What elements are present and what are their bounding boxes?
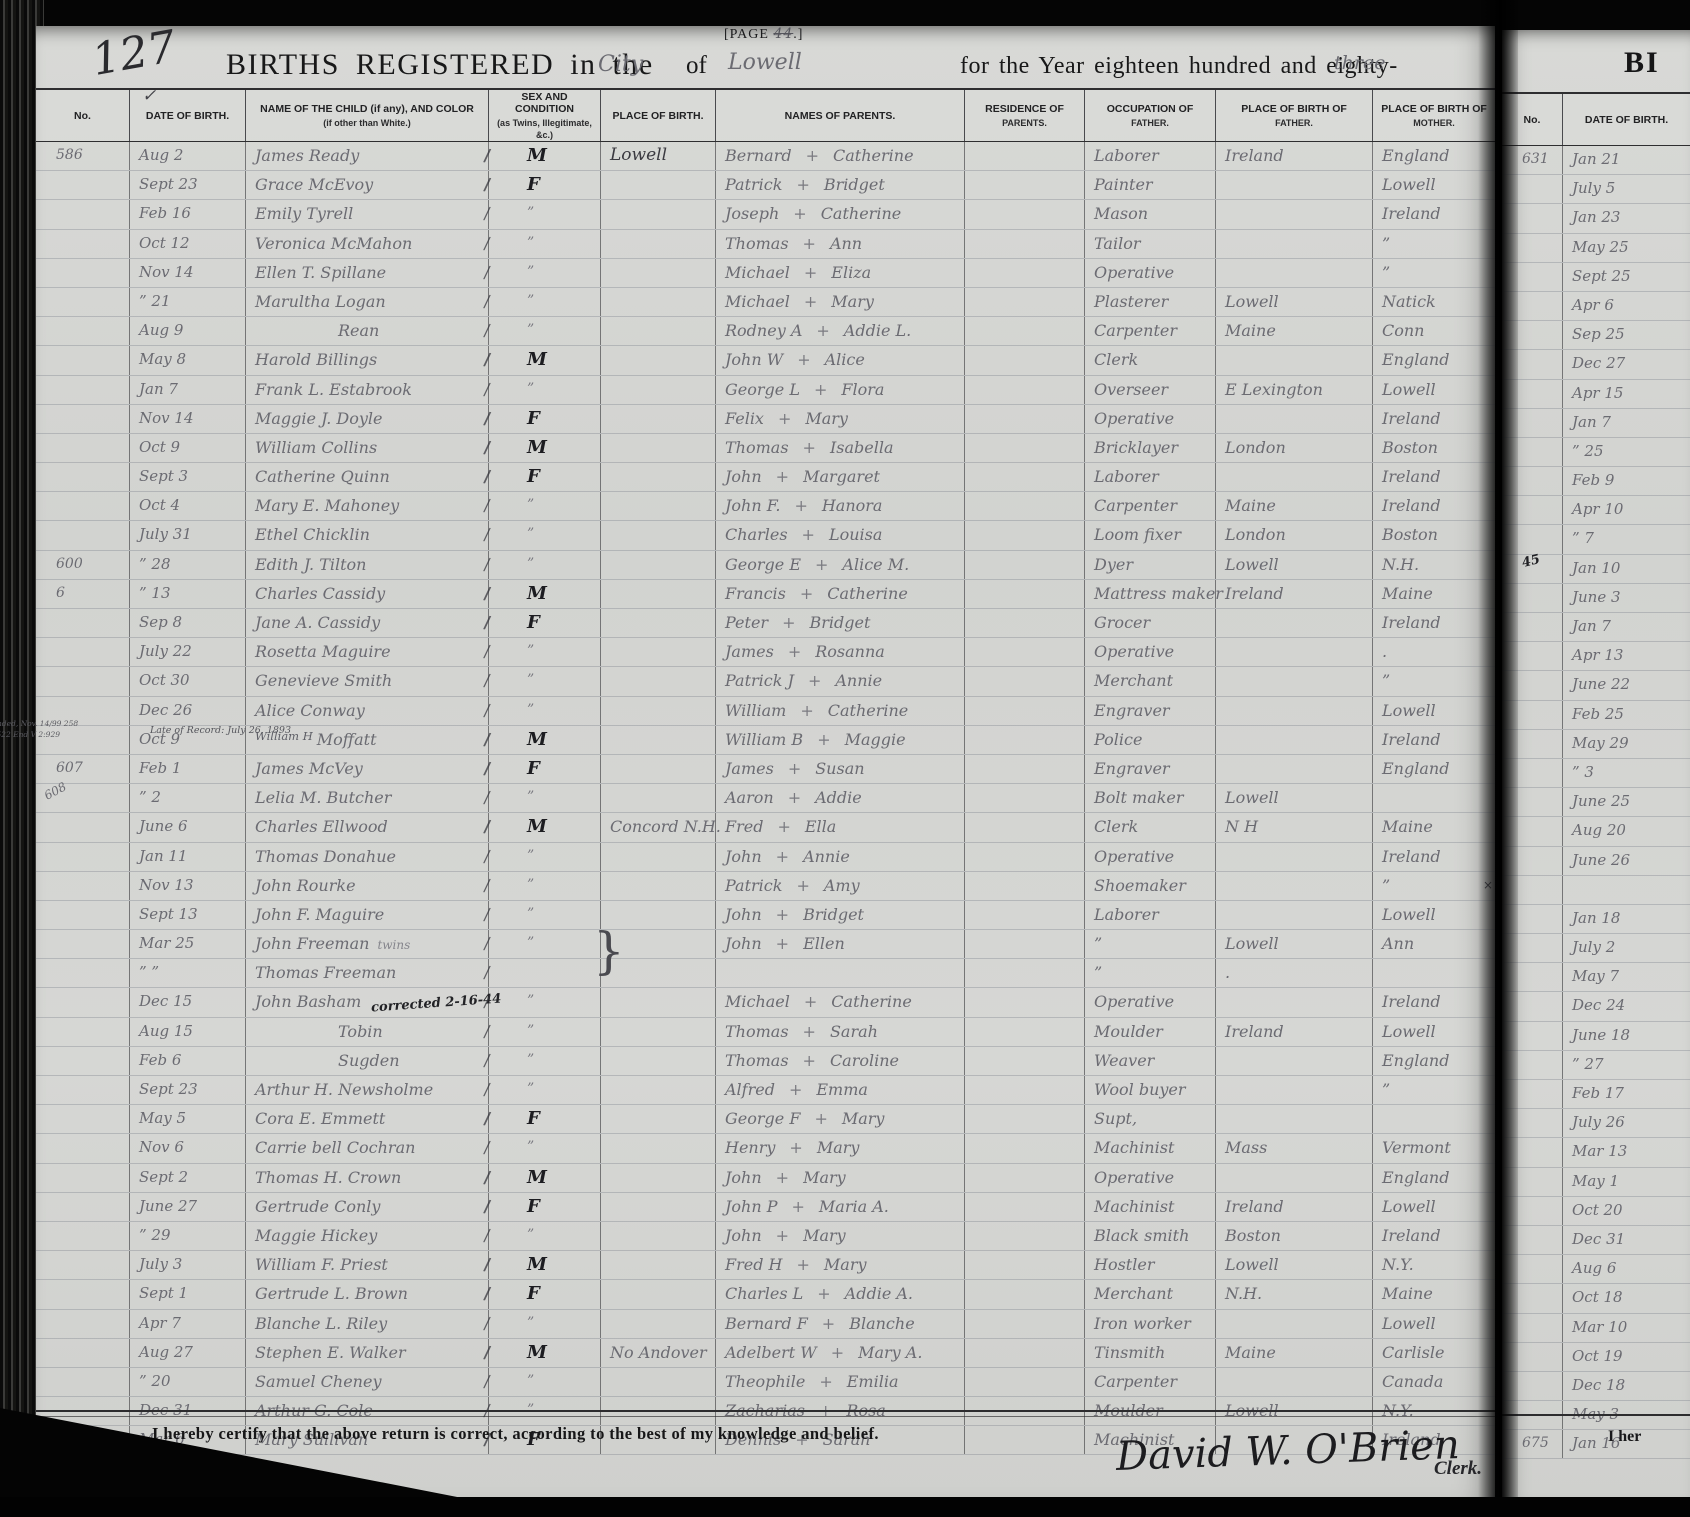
mother-birthplace: ” — [1382, 234, 1390, 253]
right-date-of-birth: Jan 18 — [1572, 909, 1620, 927]
right-table-row: May 7 — [1502, 963, 1690, 992]
cell-sex: ” — [489, 1368, 601, 1396]
right-date-of-birth: July 2 — [1572, 938, 1615, 956]
plus-sign: + — [774, 642, 815, 661]
mother-name: Emilia — [847, 1372, 899, 1391]
right-table-row: 631Jan 21 — [1502, 146, 1690, 175]
father-name: James — [725, 642, 774, 661]
cell-residence — [965, 1222, 1085, 1250]
father-birthplace: Maine — [1225, 496, 1276, 515]
cell-occ: Machinist — [1085, 1193, 1216, 1221]
cell-place — [601, 1076, 716, 1104]
sex-value: F — [527, 758, 540, 779]
plus-sign: + — [786, 584, 827, 603]
cell-occ: Operative — [1085, 259, 1216, 287]
cell-fbp — [1216, 697, 1373, 725]
cell-sex: M — [489, 580, 601, 608]
right-table-row: June 3 — [1502, 584, 1690, 613]
father-occupation: Operative — [1094, 642, 1174, 661]
cell-mbp: N.H. — [1373, 551, 1495, 579]
child-name: Cora E. Emmett — [255, 1109, 385, 1128]
father-occupation: Loom fixer — [1094, 525, 1181, 544]
cell-sex: M — [489, 1339, 601, 1367]
sex-value: F — [527, 1108, 540, 1129]
cell-fbp — [1216, 726, 1373, 754]
father-occupation: Bricklayer — [1094, 438, 1178, 457]
cell-sex: ” — [489, 317, 601, 345]
plus-sign: + — [805, 1372, 846, 1391]
father-name: Thomas — [725, 438, 789, 457]
cell-residence — [965, 1164, 1085, 1192]
child-name: Grace McEvoy — [255, 175, 373, 194]
right-date-of-birth: ” 7 — [1572, 529, 1594, 547]
page-title: BIRTHS REGISTERED in the — [226, 48, 654, 82]
cell-mbp: Ireland — [1373, 843, 1495, 871]
cell-date: Oct 4 — [130, 492, 246, 520]
child-name: Charles Cassidy — [255, 584, 385, 603]
cell-no — [36, 492, 130, 520]
cell-parents: Patrick+Bridget — [716, 171, 965, 199]
column-header-sublabel: (as Twins, Illegitimate, &c.) — [491, 117, 598, 141]
cell-sex — [489, 959, 601, 987]
child-name: Ethel Chicklin — [255, 525, 370, 544]
table-row: Jan 11Thomas Donahue”John+AnnieOperative… — [36, 843, 1495, 872]
table-row: Feb 6Sugden”Thomas+CarolineWeaverEngland — [36, 1047, 1495, 1076]
cell-date2: Jan 10 — [1563, 555, 1690, 583]
mother-birthplace: Carlisle — [1382, 1343, 1444, 1362]
column-header-occ: OCCUPATION OFFATHER. — [1085, 90, 1216, 141]
cell-parents: Michael+Catherine — [716, 988, 965, 1016]
cell-occ: Engraver — [1085, 755, 1216, 783]
sex-value: F — [527, 466, 540, 487]
cell-date2: July 26 — [1563, 1109, 1690, 1137]
father-birthplace: Ireland — [1225, 1197, 1284, 1216]
cell-place — [601, 376, 716, 404]
plus-sign: + — [790, 292, 831, 311]
mother-name: Susan — [815, 759, 864, 778]
cell-parents: John F.+Hanora — [716, 492, 965, 520]
right-date-of-birth: Mar 13 — [1572, 1142, 1627, 1160]
right-table-row: Apr 13 — [1502, 642, 1690, 671]
mother-name: Rosanna — [815, 642, 885, 661]
father-name: Thomas — [725, 1051, 789, 1070]
right-table-row: July 26 — [1502, 1109, 1690, 1138]
cell-occ: Painter — [1085, 171, 1216, 199]
date-of-birth: Aug 2 — [139, 146, 183, 164]
sex-value: ” — [527, 1052, 534, 1068]
plus-sign: + — [803, 1284, 844, 1303]
cell-date: Sep 8 — [130, 609, 246, 637]
mother-birthplace: Ireland — [1382, 730, 1441, 749]
margin-note: See 522 End V 2:929 — [0, 731, 60, 739]
right-table-row: Sept 25 — [1502, 263, 1690, 292]
register-book-scan: 127 ✓ [PAGE 44.] BIRTHS REGISTERED in th… — [0, 0, 1690, 1517]
cell-mbp: Lowell — [1373, 901, 1495, 929]
date-of-birth: Jan 11 — [139, 847, 187, 865]
father-name: John P — [725, 1197, 778, 1216]
sex-value: M — [527, 729, 547, 750]
cell-fbp — [1216, 463, 1373, 491]
table-row: Sept 2Thomas H. CrownMJohn+MaryOperative… — [36, 1164, 1495, 1193]
cell-residence — [965, 872, 1085, 900]
cell-place — [601, 1047, 716, 1075]
cell-no — [36, 288, 130, 316]
father-birthplace: . — [1225, 963, 1230, 982]
mother-birthplace: Vermont — [1382, 1138, 1451, 1157]
cell-place: Concord N.H. — [601, 813, 716, 841]
mother-name: Margaret — [803, 467, 880, 486]
column-header-label: PLACE OF BIRTH. — [613, 110, 704, 122]
sex-value: ” — [527, 702, 534, 718]
child-name: Stephen E. Walker — [255, 1343, 406, 1362]
table-row: Oct 12Veronica McMahon”Thomas+AnnTailor” — [36, 230, 1495, 259]
cell-fbp — [1216, 901, 1373, 929]
cell-fbp — [1216, 1310, 1373, 1338]
father-occupation: Bolt maker — [1094, 788, 1184, 807]
cell-fbp: London — [1216, 521, 1373, 549]
cell-sex: ” — [489, 288, 601, 316]
cell-parents: John+Margaret — [716, 463, 965, 491]
column-header-name: NAME OF THE CHILD (if any), AND COLOR(if… — [246, 90, 489, 141]
sex-value: ” — [527, 1081, 534, 1097]
child-name: Maggie Hickey — [255, 1226, 377, 1245]
date-of-birth: June 6 — [139, 817, 188, 835]
mother-name: Catherine — [831, 992, 912, 1011]
father-birthplace: Ireland — [1225, 146, 1284, 165]
cell-date: June 6 — [130, 813, 246, 841]
father-occupation: ” — [1094, 934, 1102, 953]
cell-name: Lelia M. Butcher — [246, 784, 489, 812]
father-name: George E — [725, 555, 801, 574]
cell-mbp: Ann — [1373, 930, 1495, 958]
right-table-row: May 1 — [1502, 1168, 1690, 1197]
child-name: Thomas Donahue — [255, 847, 396, 866]
cell-date2: June 25 — [1563, 788, 1690, 816]
cell-parents: Peter+Bridget — [716, 609, 965, 637]
sex-value: ” — [527, 1315, 534, 1331]
plus-sign: + — [782, 175, 823, 194]
cell-place — [601, 259, 716, 287]
cell-date: Feb 1 — [130, 755, 246, 783]
cell-residence — [965, 405, 1085, 433]
date-of-birth: ” 21 — [139, 292, 171, 310]
cell-no — [36, 930, 130, 958]
right-table-row: Dec 18 — [1502, 1372, 1690, 1401]
date-of-birth: ” 20 — [139, 1372, 171, 1390]
right-table-row: June 18 — [1502, 1022, 1690, 1051]
book-bottom-edge — [0, 1497, 1690, 1517]
cell-occ: Plasterer — [1085, 288, 1216, 316]
date-of-birth: Mar 25 — [139, 934, 194, 952]
father-name: Alfred — [725, 1080, 775, 1099]
mother-name: Alice — [825, 350, 865, 369]
right-date-of-birth: Oct 19 — [1572, 1347, 1623, 1365]
plus-sign: + — [775, 1080, 816, 1099]
cell-fbp — [1216, 755, 1373, 783]
right-table-row: Oct 18 — [1502, 1284, 1690, 1313]
mother-birthplace: England — [1382, 350, 1449, 369]
cell-date: July 3 — [130, 1251, 246, 1279]
cell-occ: Merchant — [1085, 1280, 1216, 1308]
cell-no — [36, 901, 130, 929]
place-of-birth: No Andover — [610, 1343, 707, 1362]
date-of-birth: Oct 12 — [139, 234, 190, 252]
cell-no — [36, 1076, 130, 1104]
cell-name: Charles Ellwood — [246, 813, 489, 841]
child-name: Gertrude L. Brown — [255, 1284, 408, 1303]
father-name: Fred H — [725, 1255, 783, 1274]
cell-date2: Jan 7 — [1563, 613, 1690, 641]
sex-value: ” — [527, 381, 534, 397]
cell-parents: John+Mary — [716, 1222, 965, 1250]
cell-parents: Rodney A+Addie L. — [716, 317, 965, 345]
cell-fbp: Ireland — [1216, 1018, 1373, 1046]
printed-page-label: [PAGE 44.] — [724, 26, 803, 43]
table-bottom-rule — [36, 1410, 1495, 1412]
cell-no — [36, 1134, 130, 1162]
cell-residence — [965, 1339, 1085, 1367]
right-date-of-birth: Apr 13 — [1572, 646, 1623, 664]
sex-value: ” — [527, 322, 534, 338]
cell-date: Jan 7 — [130, 376, 246, 404]
cell-place — [601, 317, 716, 345]
father-occupation: Machinist — [1094, 1197, 1174, 1216]
father-name: Aaron — [725, 788, 774, 807]
cell-fbp: Lowell — [1216, 288, 1373, 316]
father-name: Theophile — [725, 1372, 805, 1391]
father-occupation: Plasterer — [1094, 292, 1168, 311]
table-row: June 27Gertrude ConlyFJohn P+Maria A.Mac… — [36, 1193, 1495, 1222]
column-header-label: NAMES OF PARENTS. — [785, 110, 896, 122]
cell-mbp: Ireland — [1373, 405, 1495, 433]
cell-fbp — [1216, 171, 1373, 199]
mother-name: Mary — [803, 1168, 846, 1187]
father-occupation: Laborer — [1094, 146, 1159, 165]
column-header-parents: NAMES OF PARENTS. — [716, 90, 965, 141]
right-date-of-birth: Feb 9 — [1572, 471, 1614, 489]
mother-name: Emma — [816, 1080, 868, 1099]
cell-sex: ” — [489, 521, 601, 549]
child-name: Arthur H. Newsholme — [255, 1080, 433, 1099]
table-row: Sept 1Gertrude L. BrownFCharles L+Addie … — [36, 1280, 1495, 1309]
cell-date: Oct 9 — [130, 434, 246, 462]
child-name: Lelia M. Butcher — [255, 788, 391, 807]
right-table-row: ” 27 — [1502, 1051, 1690, 1080]
right-table-row: Feb 25 — [1502, 701, 1690, 730]
cell-date2: June 18 — [1563, 1022, 1690, 1050]
cell-name: John Rourke — [246, 872, 489, 900]
title-city-handwritten: City — [598, 52, 643, 77]
cell-fbp: Ireland — [1216, 580, 1373, 608]
plus-sign: + — [792, 146, 833, 165]
father-name: William — [725, 701, 786, 720]
cell-no — [36, 1368, 130, 1396]
cell-parents: Henry+Mary — [716, 1134, 965, 1162]
sex-value: ” — [527, 235, 534, 251]
cell-mbp: Lowell — [1373, 171, 1495, 199]
column-header-label: No. — [1524, 114, 1541, 126]
father-occupation: Machinist — [1094, 1138, 1174, 1157]
right-date-of-birth: Sep 25 — [1572, 325, 1625, 343]
father-occupation: Supt, — [1094, 1109, 1137, 1128]
cell-parents: John W+Alice — [716, 346, 965, 374]
child-name: Gertrude Conly — [255, 1197, 380, 1216]
cell-occ: Tailor — [1085, 230, 1216, 258]
mother-name: Caroline — [830, 1051, 899, 1070]
cell-no: 600 — [36, 551, 130, 579]
date-of-birth: Nov 14 — [139, 263, 194, 281]
mother-birthplace: N.Y. — [1382, 1255, 1414, 1274]
column-header-label: DATE OF BIRTH. — [1585, 114, 1668, 126]
mother-birthplace: Lowell — [1382, 1022, 1436, 1041]
date-of-birth: Feb 6 — [139, 1051, 181, 1069]
child-name: William Collins — [255, 438, 377, 457]
right-table-row: 675Jan 16 — [1502, 1430, 1690, 1459]
mother-name: Annie — [835, 671, 882, 690]
sex-value: ” — [527, 993, 534, 1009]
plus-sign: + — [762, 847, 803, 866]
cell-residence — [965, 492, 1085, 520]
cell-no — [36, 200, 130, 228]
father-occupation: Laborer — [1094, 905, 1159, 924]
cell-sex: ” — [489, 843, 601, 871]
cell-place — [601, 434, 716, 462]
plus-sign: + — [779, 204, 820, 223]
table-row: ” 29Maggie Hickey”John+MaryBlack smithBo… — [36, 1222, 1495, 1251]
sex-value: M — [527, 1167, 547, 1188]
cell-place: } — [601, 930, 716, 958]
cell-sex: F — [489, 755, 601, 783]
cell-date2: June 22 — [1563, 671, 1690, 699]
book-gutter-shadow — [1478, 0, 1518, 1517]
mother-birthplace: Ann — [1382, 934, 1414, 953]
title-town-handwritten: Lowell — [728, 50, 802, 75]
cell-no — [36, 843, 130, 871]
column-header-sublabel: PARENTS. — [1002, 117, 1047, 129]
cell-no — [36, 1310, 130, 1338]
child-name: John F. Maguire — [255, 905, 384, 924]
table-bottom-rule-thin — [36, 1416, 1495, 1417]
plus-sign: + — [762, 1226, 803, 1245]
cell-name: Frank L. Estabrook — [246, 376, 489, 404]
cell-no — [36, 1193, 130, 1221]
cell-residence — [965, 988, 1085, 1016]
cell-fbp — [1216, 1164, 1373, 1192]
father-birthplace: Lowell — [1225, 555, 1279, 574]
mother-name: Ellen — [803, 934, 845, 953]
cell-residence — [965, 259, 1085, 287]
right-table-row: Mar 10 — [1502, 1314, 1690, 1343]
cell-date: Sept 23 — [130, 171, 246, 199]
date-of-birth: Oct 9 — [139, 438, 180, 456]
cell-place: Lowell — [601, 142, 716, 170]
right-table-row: Apr 15 — [1502, 380, 1690, 409]
cell-occ: Loom fixer — [1085, 521, 1216, 549]
cell-date2: Jan 23 — [1563, 204, 1690, 232]
right-date-of-birth: Dec 31 — [1572, 1230, 1625, 1248]
cell-date2: ” 3 — [1563, 759, 1690, 787]
right-date-of-birth: Mar 10 — [1572, 1318, 1627, 1336]
right-table-row: Oct 20 — [1502, 1197, 1690, 1226]
date-of-birth: ” 13 — [139, 584, 171, 602]
cell-occ: Operative — [1085, 405, 1216, 433]
plus-sign: + — [789, 1051, 830, 1070]
cell-sex: ” — [489, 988, 601, 1016]
child-name: Frank L. Estabrook — [255, 380, 412, 399]
right-date-of-birth: June 25 — [1572, 792, 1630, 810]
cell-residence — [965, 1426, 1085, 1454]
cell-sex: ” — [489, 901, 601, 929]
cell-sex: M — [489, 1251, 601, 1279]
cell-no: Amended, Nov. 14/99 258See 522 End V 2:9… — [36, 726, 130, 754]
cell-name: Rosetta Maguire — [246, 638, 489, 666]
cell-name: Gertrude L. Brown — [246, 1280, 489, 1308]
cell-no — [36, 230, 130, 258]
mother-birthplace: Lowell — [1382, 905, 1436, 924]
cell-name: Emily Tyrell — [246, 200, 489, 228]
column-header-sublabel: (if other than White.) — [323, 117, 411, 129]
date-of-birth: Sept 13 — [139, 905, 198, 923]
cell-name: Rean — [246, 317, 489, 345]
cell-parents — [716, 959, 965, 987]
plus-sign: + — [762, 467, 803, 486]
right-table-row: May 29 — [1502, 730, 1690, 759]
plus-sign: + — [790, 992, 831, 1011]
cell-no — [36, 1222, 130, 1250]
column-header-fbp: PLACE OF BIRTH OFFATHER. — [1216, 90, 1373, 141]
cell-fbp: Lowell — [1216, 551, 1373, 579]
cell-date2: June 3 — [1563, 584, 1690, 612]
cell-name: Ellen T. Spillane — [246, 259, 489, 287]
cell-date: May 8 — [130, 346, 246, 374]
sex-value: F — [527, 1283, 540, 1304]
table-row: 608” 2Lelia M. Butcher”Aaron+AddieBolt m… — [36, 784, 1495, 813]
cell-fbp: Ireland — [1216, 142, 1373, 170]
cell-parents: John+Ellen — [716, 930, 965, 958]
mother-birthplace: Ireland — [1382, 409, 1441, 428]
cell-parents: Fred+Ella — [716, 813, 965, 841]
cell-place — [601, 1310, 716, 1338]
right-date-of-birth: Dec 27 — [1572, 354, 1625, 372]
cell-date2: Mar 13 — [1563, 1138, 1690, 1166]
plus-sign: + — [774, 759, 815, 778]
plus-sign: + — [794, 671, 835, 690]
right-date-of-birth: May 29 — [1572, 734, 1629, 752]
cell-residence — [965, 317, 1085, 345]
father-birthplace: Boston — [1225, 1226, 1281, 1245]
cell-date: Aug 15 — [130, 1018, 246, 1046]
cell-place — [601, 1018, 716, 1046]
father-occupation: Grocer — [1094, 613, 1150, 632]
cell-residence — [965, 726, 1085, 754]
cell-name: Carrie bell Cochran — [246, 1134, 489, 1162]
cell-mbp: Ireland — [1373, 1222, 1495, 1250]
cell-date2: Jan 21 — [1563, 146, 1690, 174]
right-date-of-birth: Apr 6 — [1572, 296, 1614, 314]
cell-no — [36, 1251, 130, 1279]
right-table-row: July 2 — [1502, 934, 1690, 963]
cell-parents: George E+Alice M. — [716, 551, 965, 579]
cell-place — [601, 784, 716, 812]
child-name: Sugden — [338, 1051, 400, 1070]
cell-occ: ” — [1085, 930, 1216, 958]
plus-sign: + — [789, 438, 830, 457]
table-row: Apr 7Blanche L. Riley”Bernard F+BlancheI… — [36, 1310, 1495, 1339]
cell-place — [601, 609, 716, 637]
cell-residence — [965, 1280, 1085, 1308]
cell-date2: Jan 18 — [1563, 905, 1690, 933]
mother-name: Alice M. — [842, 555, 909, 574]
